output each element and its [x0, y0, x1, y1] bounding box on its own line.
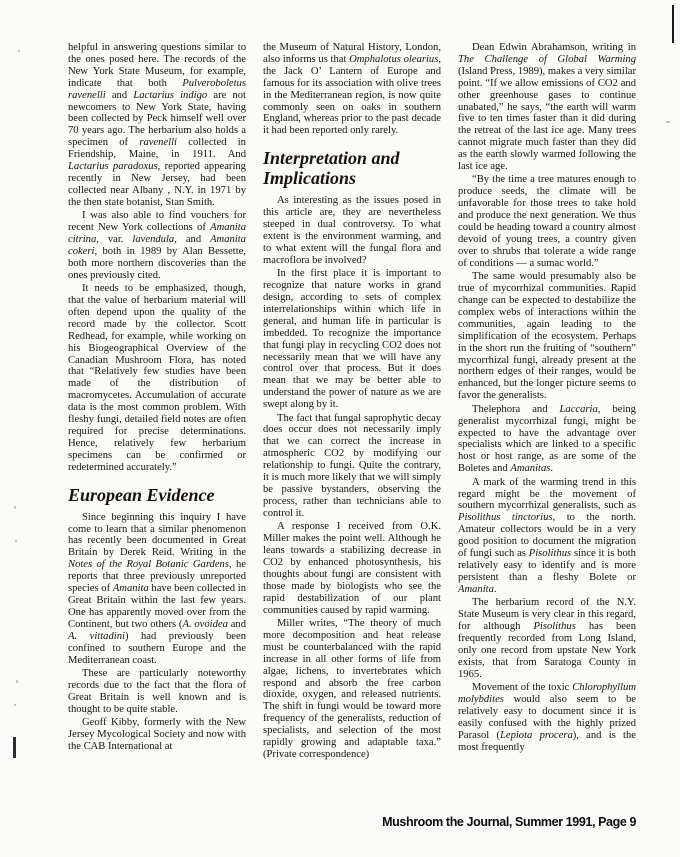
paragraph: “By the time a tree matures enough to pr… — [458, 174, 636, 269]
paragraph: A response I received from O.K. Miller m… — [263, 521, 441, 616]
journal-page: helpful in answering questions similar t… — [0, 0, 680, 857]
paragraph: the Museum of Natural History, London, a… — [263, 42, 441, 137]
column-1: helpful in answering questions similar t… — [68, 42, 246, 761]
paragraph: Since beginning this inquiry I have come… — [68, 512, 246, 667]
paragraph: The fact that fungal saprophytic decay d… — [263, 413, 441, 520]
section-heading-interpretation-and-implications: Interpretation and Implications — [263, 148, 421, 188]
paragraph: helpful in answering questions similar t… — [68, 42, 246, 209]
paragraph: In the first place it is important to re… — [263, 268, 441, 411]
journal-footer: Mushroom the Journal, Summer 1991, Page … — [382, 815, 636, 829]
scan-artifact — [18, 50, 20, 52]
paragraph: Miller writes, “The theory of much more … — [263, 618, 441, 761]
paragraph: Dean Edwin Abrahamson, writing in The Ch… — [458, 42, 636, 173]
scan-artifact — [666, 121, 670, 123]
scan-artifact — [14, 506, 16, 509]
paragraph: Movement of the toxic Chlorophyllum moly… — [458, 682, 636, 753]
scan-artifact — [672, 5, 674, 43]
paragraph: I was also able to find vouchers for rec… — [68, 210, 246, 281]
scan-artifact — [14, 704, 16, 706]
paragraph: It needs to be emphasized, though, that … — [68, 283, 246, 474]
column-3: Dean Edwin Abrahamson, writing in The Ch… — [458, 42, 636, 761]
paragraph: The same would presumably also be true o… — [458, 271, 636, 402]
scan-artifact — [13, 737, 16, 758]
scan-artifact — [15, 540, 17, 542]
paragraph: A mark of the warming trend in this rega… — [458, 477, 636, 596]
paragraph: The herbarium record of the N.Y. State M… — [458, 597, 636, 680]
paragraph: As interesting as the issues posed in th… — [263, 195, 441, 266]
paragraph: Thelephora and Laccaria, being generalis… — [458, 404, 636, 475]
paragraph: Geoff Kibby, formerly with the New Jerse… — [68, 717, 246, 753]
three-column-text-block: helpful in answering questions similar t… — [68, 42, 636, 761]
paragraph: These are particularly noteworthy record… — [68, 668, 246, 716]
column-2: the Museum of Natural History, London, a… — [263, 42, 441, 761]
section-heading-european-evidence: European Evidence — [68, 485, 226, 505]
scan-artifact — [16, 680, 18, 683]
